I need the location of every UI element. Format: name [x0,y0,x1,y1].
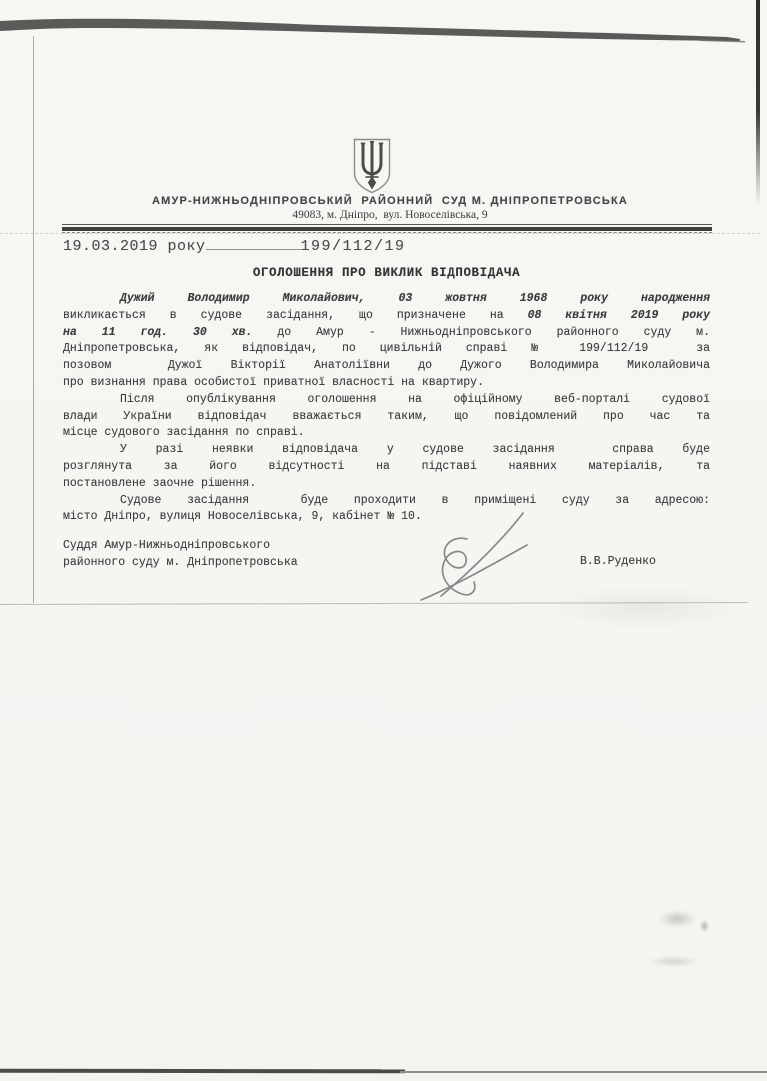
case-number: 199/112/19 [301,238,406,255]
document-line: викликається в судове засідання, що приз… [63,308,710,325]
document-body: Дужий Володимир Миколайович, 03 жовтня 1… [63,291,710,526]
judge-title: Суддя Амур-Нижньодніпровського районного… [63,538,298,572]
judge-name: В.В.Руденко [580,555,656,568]
scan-artifact-right-edge [756,0,760,205]
scan-smudge [658,910,696,928]
document-line: Дніпропетровська, як відповідач, по циві… [63,341,710,358]
scanned-document: АМУР-НИЖНЬОДНІПРОВСЬКИЙ РАЙОННИЙ СУД М. … [0,0,767,1081]
scan-smudge [700,920,709,932]
page-left-edge [33,36,34,603]
scan-artifact-bottom-line [400,1071,767,1073]
document-line: влади України відповідач вважається таки… [63,409,710,426]
document-line: Після опублікування оголошення на офіцій… [63,392,710,409]
court-name: АМУР-НИЖНЬОДНІПРОВСЬКИЙ РАЙОННИЙ СУД М. … [33,195,747,207]
document-date: 19.03.2019 року [63,238,206,255]
signature-scrawl-icon [405,505,545,605]
document-line: розглянута за його відсутності на підста… [63,459,710,476]
header-rule-extension [0,233,760,234]
document-line: У разі неявки відповідача у судове засід… [63,442,710,459]
judge-title-line2: районного суду м. Дніпропетровська [63,555,298,572]
document-title: ОГОЛОШЕННЯ ПРО ВИКЛИК ВІДПОВІДАЧА [63,266,710,280]
court-address: 49083, м. Дніпро, вул. Новоселівська, 9 [33,209,747,221]
paper-wrinkle-shadow [540,585,750,630]
document-line: на 11 год. 30 хв. до Амур - Нижньодніпро… [63,325,710,342]
document-line: про визнання права особистої приватної в… [63,375,710,392]
document-line: Судове засідання буде проходити в приміщ… [63,493,710,510]
scan-smudge [648,956,700,967]
date-line: 19.03.2019 року199/112/19 [63,236,713,255]
document-line: місце судового засідання по справі. [63,425,710,442]
judge-title-line1: Суддя Амур-Нижньодніпровського [63,538,298,555]
document-line: місто Дніпро, вулиця Новоселівська, 9, к… [63,509,710,526]
ukraine-trident-icon [351,137,393,195]
blank-underline [206,236,301,250]
document-line: Дужий Володимир Миколайович, 03 жовтня 1… [63,291,710,308]
document-line: постановлене заочне рішення. [63,476,710,493]
document-line: позовом Дужої Вікторії Анатоліївни до Ду… [63,358,710,375]
scan-artifact-top-band [0,0,767,60]
scan-artifact-bottom-line [0,1069,405,1074]
